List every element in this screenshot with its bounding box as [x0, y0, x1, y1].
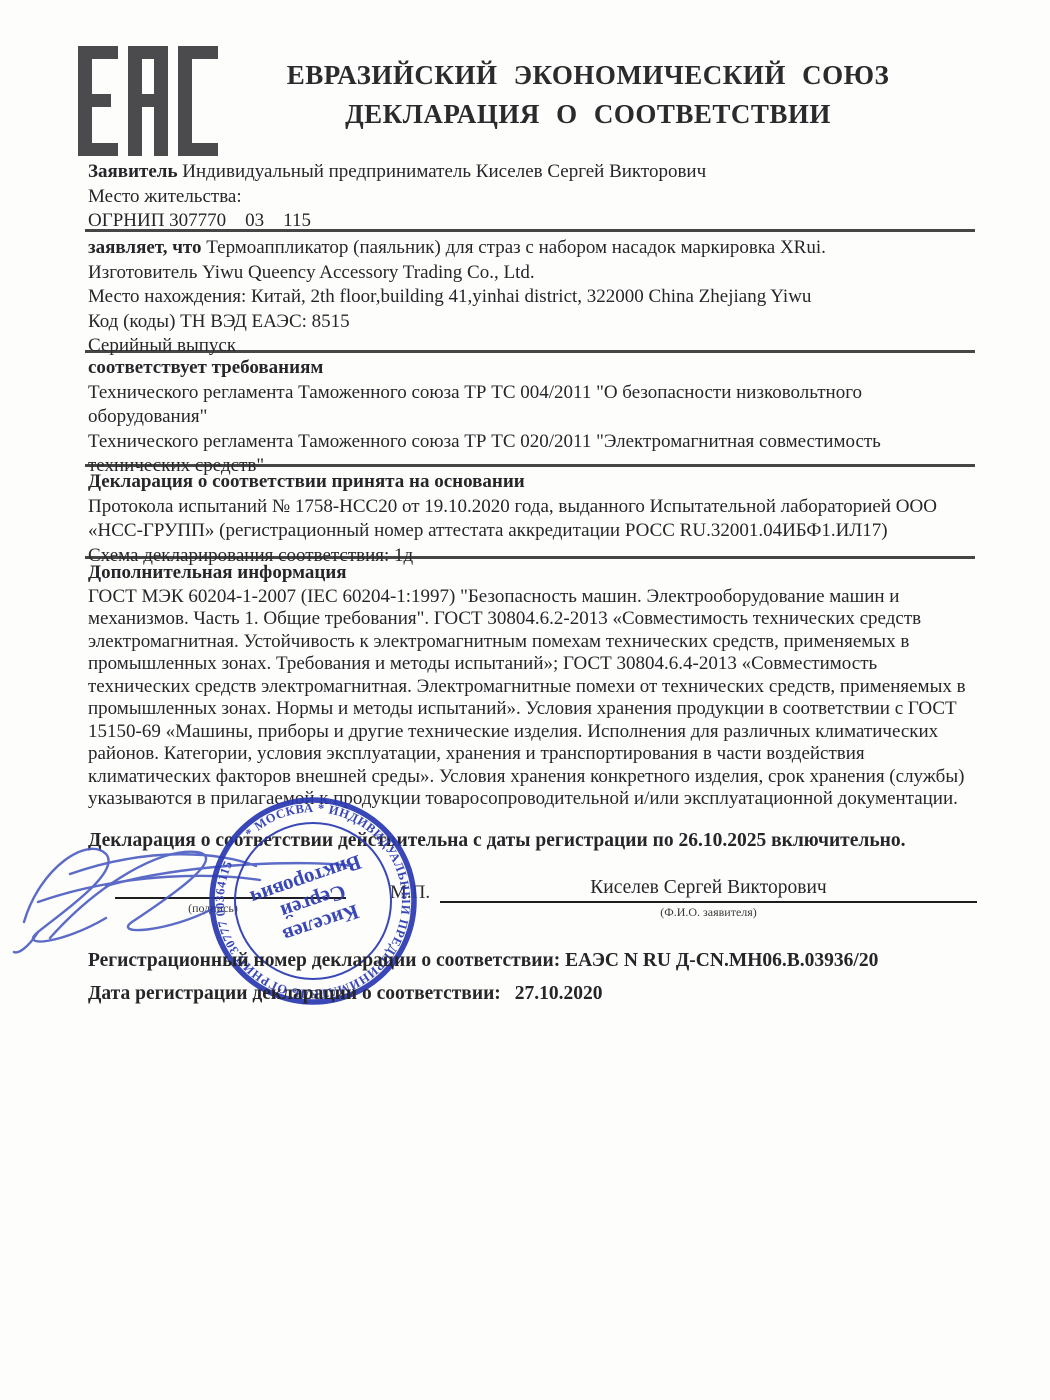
eac-logo	[78, 45, 218, 157]
tnved-code-line: Код (коды) ТН ВЭД ЕАЭС: 8515	[88, 310, 976, 335]
product-name: Термоаппликатор (паяльник) для страз с н…	[206, 237, 826, 258]
requirements-label: соответствует требованиям	[88, 356, 976, 381]
declares-label: заявляет, что	[88, 237, 202, 258]
product-line: заявляет, что Термоаппликатор (паяльник)…	[88, 236, 976, 261]
basis-section: Декларация о соответствии принята на осн…	[88, 470, 976, 568]
divider-3	[85, 464, 975, 467]
registration-date-line: Дата регистрации декларации о соответств…	[88, 982, 1018, 1006]
registration-date-label: Дата регистрации декларации о соответств…	[88, 983, 501, 1004]
basis-text: Протокола испытаний № 1758-НСС20 от 19.1…	[88, 495, 976, 544]
applicant-line: Заявитель Индивидуальный предприниматель…	[88, 160, 976, 185]
applicant-label: Заявитель	[88, 161, 178, 182]
declaration-document: ЕВРАЗИЙСКИЙ ЭКОНОМИЧЕСКИЙ СОЮЗ ДЕКЛАРАЦИ…	[0, 0, 1050, 1400]
basis-label: Декларация о соответствии принята на осн…	[88, 470, 976, 495]
location-line: Место нахождения: Китай, 2th floor,build…	[88, 285, 976, 310]
round-stamp: * МОСКВА * ИНДИВИДУАЛЬНЫЙ ПРЕДПРИНИМАТЕЛ…	[202, 790, 424, 1012]
registration-number-line: Регистрационный номер декларации о соотв…	[88, 949, 1018, 973]
registration-number-value: ЕАЭС N RU Д-CN.МН06.В.03936/20	[565, 950, 878, 971]
declaration-title: ДЕКЛАРАЦИЯ О СООТВЕТСТВИИ	[238, 95, 938, 134]
document-title: ЕВРАЗИЙСКИЙ ЭКОНОМИЧЕСКИЙ СОЮЗ ДЕКЛАРАЦИ…	[238, 56, 938, 134]
additional-section: Дополнительная информация ГОСТ МЭК 60204…	[88, 561, 976, 811]
registration-date-value: 27.10.2020	[515, 983, 603, 1004]
divider-1	[85, 229, 975, 232]
applicant-fio-block: Киселев Сергей Викторович (Ф.И.О. заявит…	[440, 876, 977, 920]
applicant-section: Заявитель Индивидуальный предприниматель…	[88, 160, 976, 234]
residence-line: Место жительства:	[88, 185, 976, 210]
additional-label: Дополнительная информация	[88, 561, 976, 586]
manufacturer-line: Изготовитель Yiwu Queency Accessory Trad…	[88, 261, 976, 286]
divider-4	[85, 556, 975, 559]
applicant-name: Индивидуальный предприниматель Киселев С…	[182, 161, 706, 182]
fio-line	[440, 901, 977, 903]
requirements-section: соответствует требованиям Технического р…	[88, 356, 976, 479]
registration-number-label: Регистрационный номер декларации о соотв…	[88, 950, 560, 971]
requirement-item: Технического регламента Таможенного союз…	[88, 381, 976, 430]
fio-caption: (Ф.И.О. заявителя)	[440, 905, 977, 920]
declares-section: заявляет, что Термоаппликатор (паяльник)…	[88, 236, 976, 359]
divider-2	[85, 350, 975, 353]
union-title: ЕВРАЗИЙСКИЙ ЭКОНОМИЧЕСКИЙ СОЮЗ	[238, 56, 938, 95]
additional-text: ГОСТ МЭК 60204-1-2007 (IEC 60204-1:1997)…	[88, 586, 976, 811]
applicant-fio-name: Киселев Сергей Викторович	[440, 876, 977, 899]
